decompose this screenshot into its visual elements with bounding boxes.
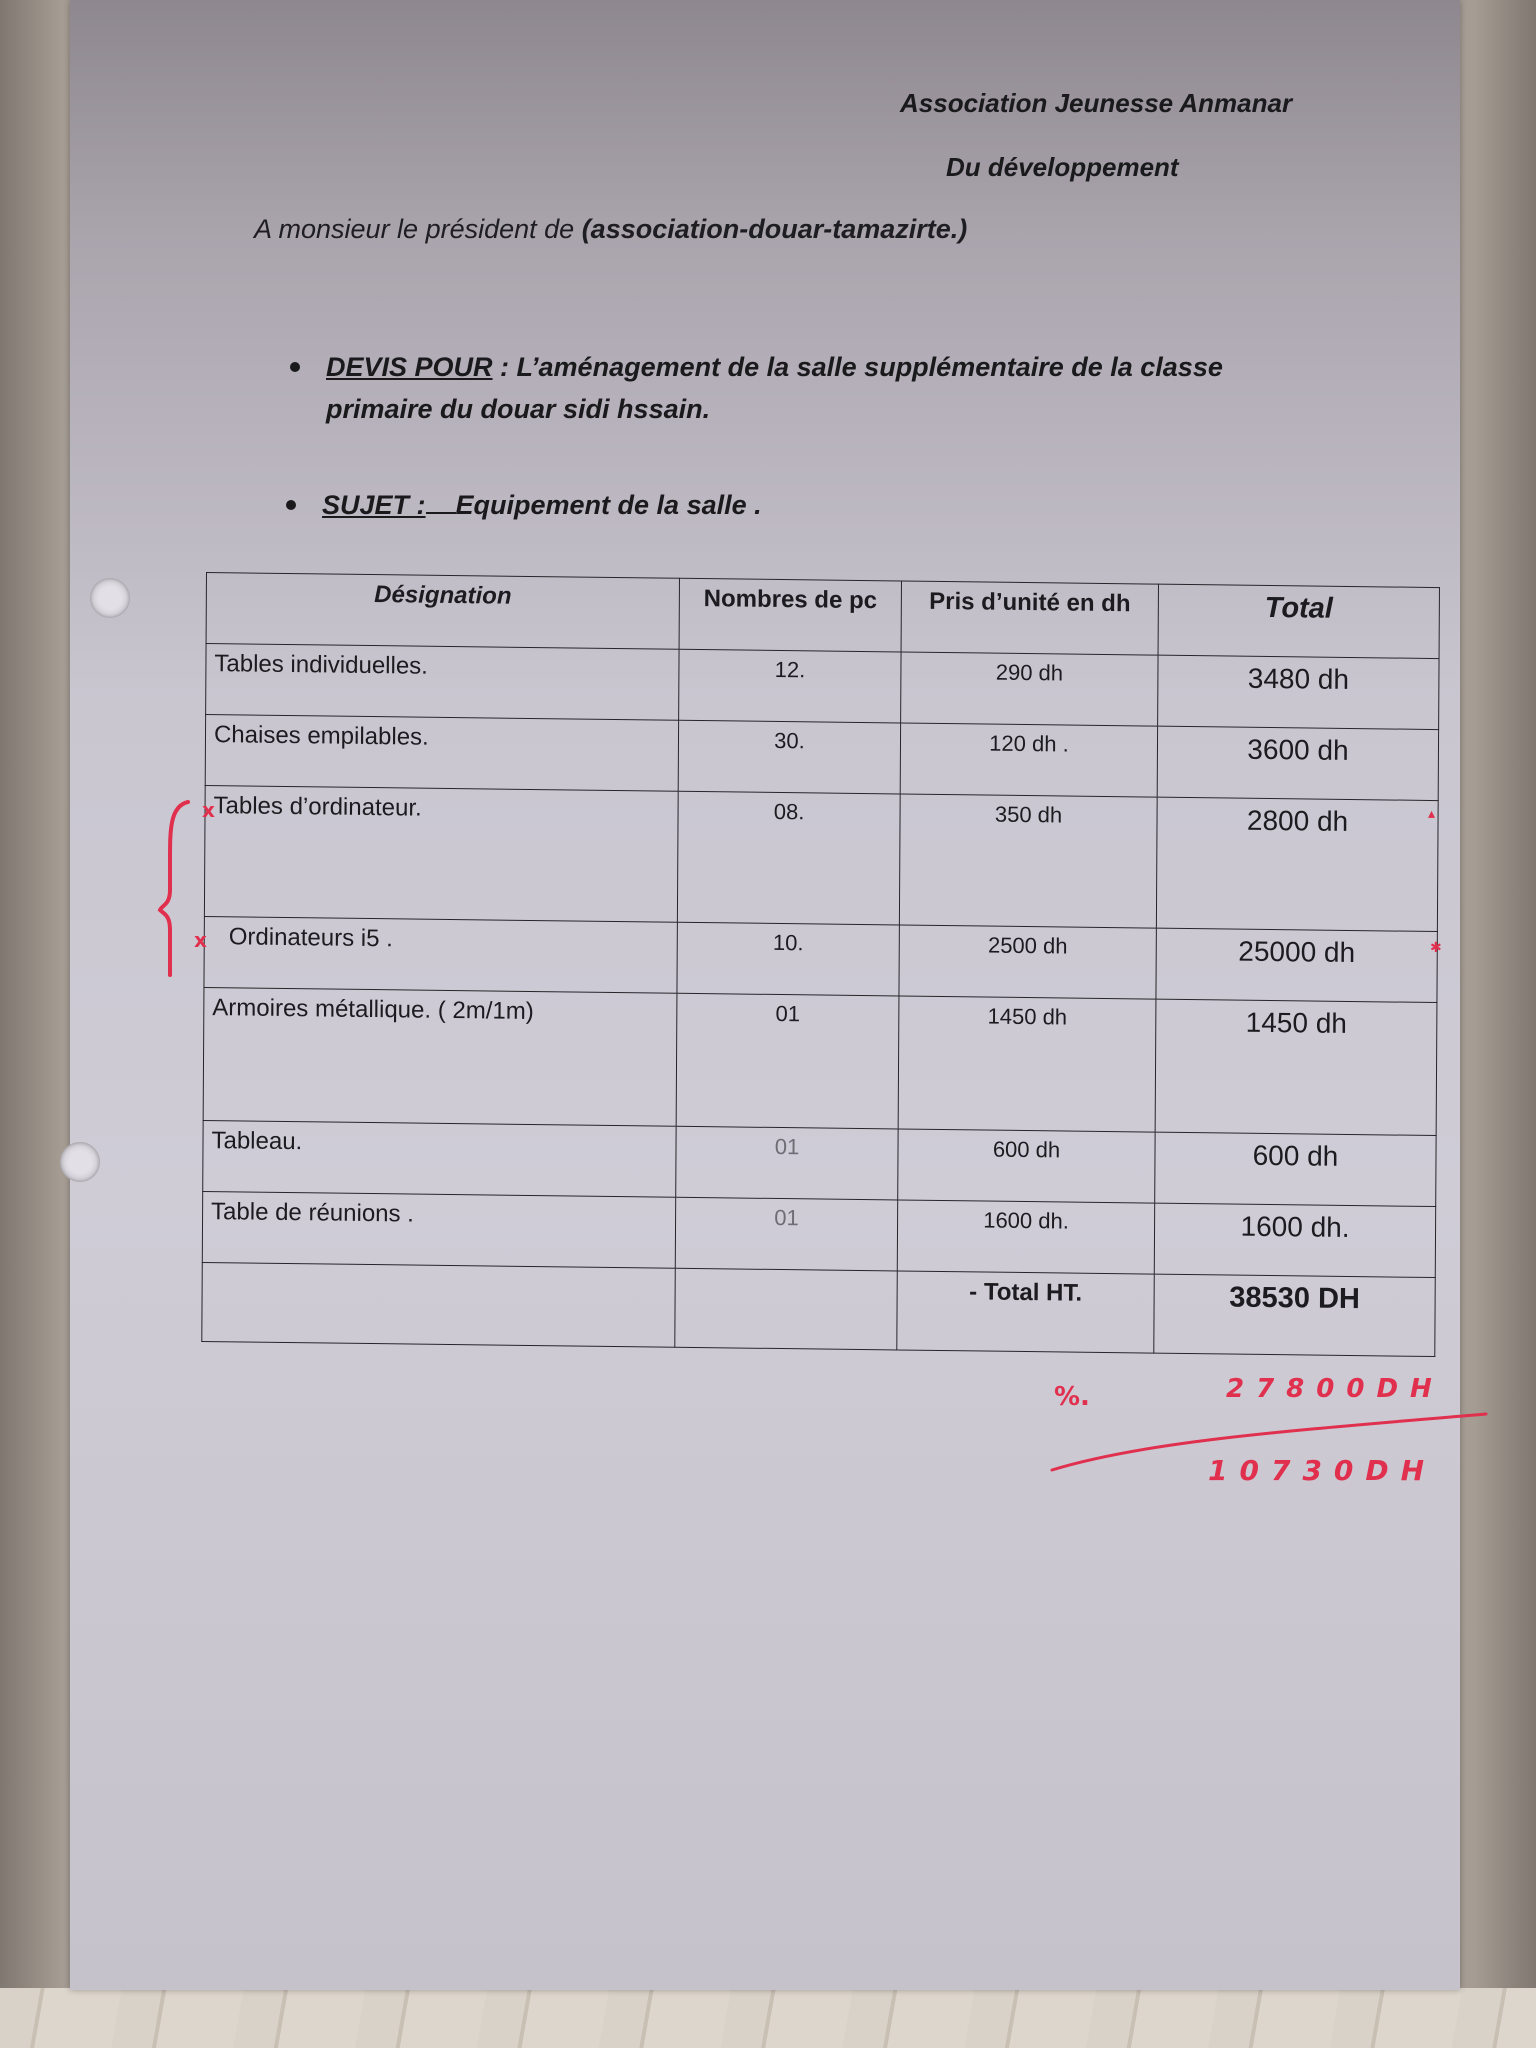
cell-designation: Armoires métallique. ( 2m/1m) [203,987,677,1126]
cell-total: 3600 dh [1157,726,1438,800]
cell-designation: Tables individuelles. [206,644,679,721]
column-header-total: Total [1158,584,1439,658]
devis-bullet: DEVIS POUR : L’aménagement de la salle s… [326,346,1326,430]
underline-gap [426,508,456,514]
recipient-line: A monsieur le président de (association-… [254,214,967,245]
cell-empty [202,1262,675,1347]
punch-hole [60,1142,100,1182]
cell-designation: Tableau. [203,1120,676,1197]
cell-empty [675,1268,897,1350]
cell-quantity: 12. [679,649,901,723]
cell-unit-price: 350 dh [899,794,1157,928]
cell-unit-price: 600 dh [898,1129,1155,1203]
handwritten-result-value: 10730DH [1208,1454,1436,1487]
cell-unit-price: 290 dh [901,652,1158,726]
cell-quantity: 10. [677,922,899,996]
summary-row: - Total HT. 38530 DH [202,1262,1435,1356]
recipient-prefix: A monsieur le président de [254,214,582,244]
quote-table: Désignation Nombres de pc Pris d’unité e… [201,572,1440,1357]
dot-mark-icon: ✱ [1430,940,1442,956]
cross-mark-icon: x [194,928,207,952]
column-header-quantity: Nombres de pc [679,578,901,652]
cell-unit-price: 1600 dh. [897,1200,1154,1274]
bullet-dot-icon [286,500,296,510]
cell-quantity: 30. [678,720,900,794]
total-ht-value: 38530 DH [1154,1274,1435,1356]
cell-total: 2800 dh [1156,797,1438,931]
cell-quantity: 01 [676,993,899,1129]
cell-quantity: 01 [675,1197,897,1271]
organization-subtitle: Du développement [946,152,1179,183]
cell-designation: Tables d’ordinateur. [204,785,678,922]
total-ht-label: - Total HT. [897,1271,1154,1353]
cell-unit-price: 2500 dh [899,925,1156,999]
sujet-text: Equipement de la salle . [456,490,762,520]
cell-quantity: 08. [677,791,900,925]
sujet-bullet: SUJET :Equipement de la salle . [322,484,1222,526]
punch-hole [90,578,130,618]
cell-designation: Ordinateurs i5 . [204,916,677,993]
dot-mark-icon: ▴ [1428,806,1435,822]
column-header-designation: Désignation [206,573,679,650]
cell-total: 1600 dh. [1154,1203,1435,1277]
cell-unit-price: 120 dh . [900,723,1157,797]
cell-total: 600 dh [1155,1132,1436,1206]
bullet-dot-icon [290,362,300,372]
organization-name: Association Jeunesse Anmanar [900,88,1292,119]
cross-mark-icon: x [202,798,215,822]
recipient-name: (association-douar-tamazirte.) [582,214,968,244]
handwritten-percent: %. [1054,1382,1090,1412]
cell-total: 3480 dh [1158,655,1439,729]
devis-label: DEVIS POUR [326,352,493,382]
cell-total: 1450 dh [1155,999,1437,1135]
handwritten-subtracted-value: 27800DH [1226,1374,1444,1404]
cell-designation: Chaises empilables. [205,714,678,791]
table-row: Tables d’ordinateur. 08. 350 dh 2800 dh [204,785,1438,931]
column-header-unit-price: Pris d’unité en dh [901,581,1158,655]
cell-quantity: 01 [676,1126,898,1200]
cell-unit-price: 1450 dh [898,996,1156,1132]
floor-background [0,1988,1536,2048]
sujet-label: SUJET : [322,490,426,520]
cell-designation: Table de réunions . [202,1191,675,1268]
table-row: Armoires métallique. ( 2m/1m) 01 1450 dh… [203,987,1437,1135]
cell-total: 25000 dh [1156,928,1437,1002]
